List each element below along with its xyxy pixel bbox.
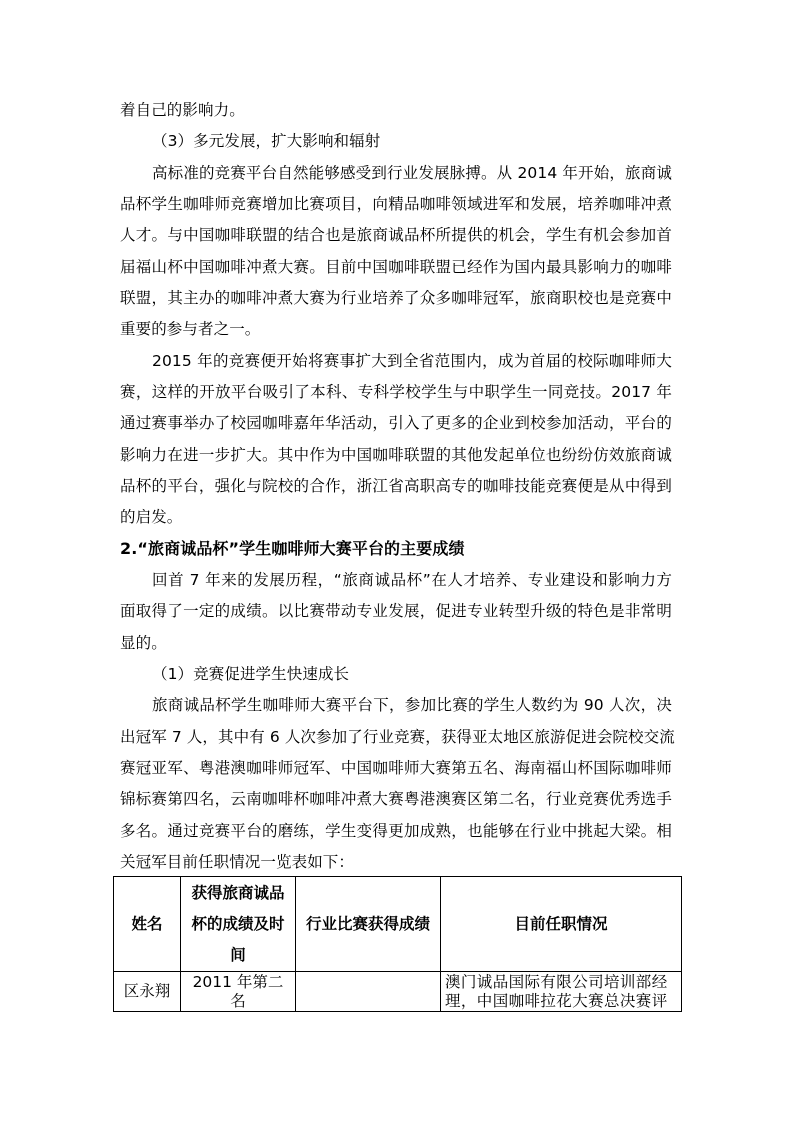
table-header-row: 姓名 获得旅商诚品 杯的成绩及时 间 行业比赛获得成绩 目前任职情况 <box>114 877 682 972</box>
cell-current-position-line: 澳门诚品国际有限公司培训部经 <box>445 973 677 992</box>
paragraph-line: 影响力在进一步扩大。其中作为中国咖啡联盟的其他发起单位也纷纷仿效旅商诚 <box>120 445 672 465</box>
paragraph-line: 联盟，其主办的咖啡冲煮大赛为行业培养了众多咖啡冠军，旅商职校也是竞赛中 <box>120 288 672 308</box>
header-cup-result-line: 杯的成绩及时 <box>185 909 291 940</box>
champions-table: 姓名 获得旅商诚品 杯的成绩及时 间 行业比赛获得成绩 目前任职情况 区永翔 2… <box>113 876 682 1012</box>
paragraph-line: 多名。通过竞赛平台的磨练，学生变得更加成熟，也能够在行业中挑起大梁。相 <box>120 821 672 841</box>
paragraph-line: 重要的参与者之一。 <box>120 319 260 339</box>
cell-current-position-line: 理，中国咖啡拉花大赛总决赛评 <box>445 992 677 1011</box>
paragraph-line: 届福山杯中国咖啡冲煮大赛。目前中国咖啡联盟已经作为国内最具影响力的咖啡 <box>120 257 672 277</box>
paragraph-line: 赛冠亚军、粤港澳咖啡师冠军、中国咖啡师大赛第五名、海南福山杯国际咖啡师 <box>120 758 672 778</box>
header-cup-result-line: 获得旅商诚品 <box>185 878 291 909</box>
paragraph-line: 2015 年的竞赛便开始将赛事扩大到全省范围内，成为首届的校际咖啡师大 <box>152 351 672 371</box>
paragraph-line: 显的。 <box>120 633 167 653</box>
paragraph-line: 品杯的平台，强化与院校的合作，浙江省高职高专的咖啡技能竞赛便是从中得到 <box>120 476 672 496</box>
cell-cup-result: 2011 年第二名 <box>181 972 296 1012</box>
paragraph-line: 回首 7 年来的发展历程，“旅商诚品杯”在人才培养、专业建设和影响力方 <box>152 570 672 590</box>
section-heading: 2.“旅商诚品杯”学生咖啡师大赛平台的主要成绩 <box>120 539 465 559</box>
table-row: 区永翔 2011 年第二名 澳门诚品国际有限公司培训部经 理，中国咖啡拉花大赛总… <box>114 972 682 1012</box>
cell-industry-result <box>296 972 441 1012</box>
document-page: 着自己的影响力。 （3）多元发展，扩大影响和辐射 高标准的竞赛平台自然能够感受到… <box>0 0 793 1122</box>
paragraph-line: 的启发。 <box>120 507 182 527</box>
header-cup-result-line: 间 <box>185 940 291 971</box>
paragraph-line: 品杯学生咖啡师竞赛增加比赛项目，向精品咖啡领域进军和发展，培养咖啡冲煮 <box>120 194 672 214</box>
paragraph-line: 出冠军 7 人，其中有 6 人次参加了行业竞赛，获得亚太地区旅游促进会院校交流 <box>120 727 672 747</box>
paragraph-line: 锦标赛第四名，云南咖啡杯咖啡冲煮大赛粤港澳赛区第二名，行业竞赛优秀选手 <box>120 789 672 809</box>
paragraph-line: 关冠军目前任职情况一览表如下： <box>120 852 354 872</box>
paragraph-line: 面取得了一定的成绩。以比赛带动专业发展，促进专业转型升级的特色是非常明 <box>120 601 672 621</box>
subsection-heading: （1）竞赛促进学生快速成长 <box>152 664 349 684</box>
cell-name: 区永翔 <box>114 972 181 1012</box>
paragraph-line: 通过赛事举办了校园咖啡嘉年华活动，引入了更多的企业到校参加活动，平台的 <box>120 413 672 433</box>
header-name: 姓名 <box>114 877 181 972</box>
subsection-heading: （3）多元发展，扩大影响和辐射 <box>152 131 380 151</box>
cell-current-position: 澳门诚品国际有限公司培训部经 理，中国咖啡拉花大赛总决赛评 <box>441 972 682 1012</box>
header-current-position: 目前任职情况 <box>441 877 682 972</box>
paragraph-line: 着自己的影响力。 <box>120 100 245 120</box>
header-cup-result: 获得旅商诚品 杯的成绩及时 间 <box>181 877 296 972</box>
paragraph-line: 旅商诚品杯学生咖啡师大赛平台下，参加比赛的学生人数约为 90 人次，决 <box>152 695 672 715</box>
header-industry-result: 行业比赛获得成绩 <box>296 877 441 972</box>
paragraph-line: 赛，这样的开放平台吸引了本科、专科学校学生与中职学生一同竞技。2017 年 <box>120 382 672 402</box>
paragraph-line: 高标准的竞赛平台自然能够感受到行业发展脉搏。从 2014 年开始，旅商诚 <box>152 163 672 183</box>
paragraph-line: 人才。与中国咖啡联盟的结合也是旅商诚品杯所提供的机会，学生有机会参加首 <box>120 225 672 245</box>
